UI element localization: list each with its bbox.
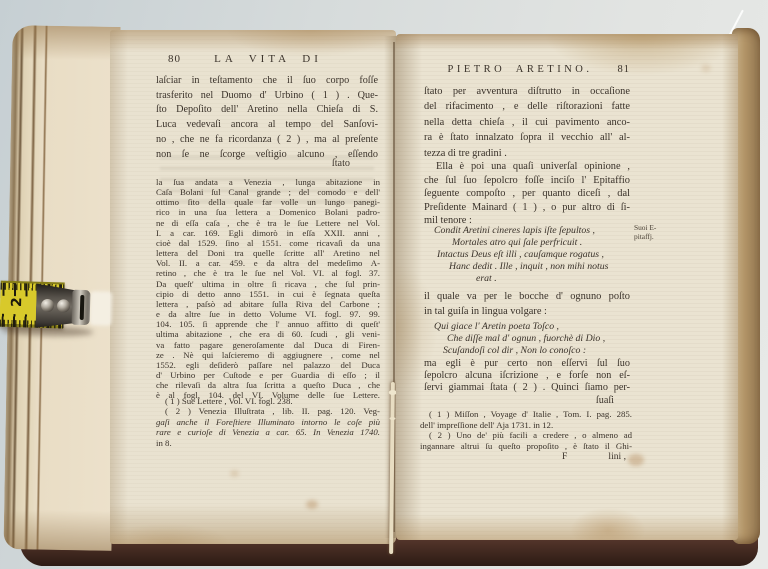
text-line: lettera , paſsò ad abitare ſulla Riva de…	[156, 299, 380, 309]
text-line: va fatto pagare generoſamente dal Duca d…	[156, 340, 380, 350]
text-line: ingannare altrui ſu queſto propoſito , è…	[420, 441, 632, 452]
text-line: ſeguente compoſto , per quanto diceſi , …	[424, 187, 630, 201]
text-line: il quale va per le bocche d' ognuno poſt…	[424, 289, 630, 304]
verse-line: Mortales atro qui ſale perfricuit .	[424, 237, 630, 249]
text-line: che ſul ſuo ſepolcro foſſe inciſo l' Epi…	[424, 174, 630, 188]
right-paragraph-4: ma egli è pur certo non eſſervi ſul ſuoſ…	[424, 358, 630, 395]
right-paragraph-3: il quale va per le bocche d' ognuno poſt…	[424, 289, 630, 319]
margin-note: Suoi E- pitaffj.	[634, 224, 688, 241]
text-line: d' Urbino per Cuſtode e per Guardia di e…	[156, 370, 380, 380]
right-footnotes: ( 1 ) Miſſon , Voyage d' Italie , Tom. I…	[420, 409, 632, 451]
text-line: rico in una ſua lettera a Domenico Bolan…	[156, 207, 380, 217]
text-line: ( 1 ) Miſſon , Voyage d' Italie , Tom. I…	[420, 409, 632, 420]
text-line: ze . Nè qui laſcieremo di aggiugnere , c…	[156, 350, 380, 360]
right-paragraph-1: ſtato per avventura diſtrutto in occaſio…	[424, 84, 630, 161]
text-line: la ſua andata a Venezia , lunga abitazio…	[156, 177, 380, 187]
measuring-tape: 2	[0, 279, 97, 338]
verse-line: Hanc dedit . Ille , inquit , non mihi no…	[424, 261, 630, 273]
margin-note-line: pitaffj.	[634, 233, 688, 242]
text-line: ſervi giammai ſtata ( 2 ) . Quinci ſiamo…	[424, 382, 630, 394]
running-title-right: PIETRO ARETINO.	[424, 64, 616, 75]
text-line: Caſa Bolani ſul Canal grande ; del comod…	[156, 187, 380, 197]
verse-line: Intactus Deus eſt illi , cauſamque rogat…	[424, 249, 630, 261]
text-line: in 8.	[156, 438, 380, 448]
running-title-left: LA VITA DI	[156, 53, 380, 65]
text-line: trasferito nel Duomo d' Urbino ( 1 ) . Q…	[156, 89, 378, 104]
text-line: I. a car. 169. Egli dimorò in eſſa XXII.…	[156, 228, 380, 238]
text-line: che rilevaſi da altra ſua ſcritta a queſ…	[156, 380, 380, 390]
verse-line: Qui giace l' Aretin poeta Toſco ,	[424, 321, 630, 333]
left-page-header: 80 LA VITA DI	[156, 53, 380, 67]
text-line: ultima abitazione , che era di 60. ſcudi…	[156, 329, 380, 339]
foxing-spot	[628, 454, 644, 466]
text-line: 1552. egli deſiderò paſſare nel palazzo …	[156, 360, 380, 370]
right-paragraph-2: Ella è poi una quaſi univerſal opinione …	[424, 160, 630, 228]
text-line: 104. 105. ſi apprende che l' annuo affit…	[156, 319, 380, 329]
gathering-signature: F	[562, 451, 567, 462]
latin-epitaph-verses: Condit Aretini cineres lapis iſte ſepult…	[424, 225, 630, 285]
text-line: del rifacimento , e delle riſtorazioni f…	[424, 99, 630, 114]
text-line: in tal guiſa in lingua volgare :	[424, 304, 630, 319]
text-line: gaſi anche il Foreſtiere Illuminato into…	[156, 417, 380, 427]
text-line: ( 2 ) Uno de' più facili a credere , o a…	[420, 430, 632, 441]
page-number-right: 81	[618, 64, 631, 75]
text-line: Vol. II. a car. 459. e da altra del mede…	[156, 258, 380, 268]
right-page-header: PIETRO ARETINO. 81	[424, 64, 630, 78]
text-line: rare e curioſe di Venezia a car. 65. In …	[156, 427, 380, 437]
text-line: dell' impreſſione dell' Aja 1731. in 12.	[420, 420, 632, 431]
text-line: nella detta chieſa , il cui pavimento an…	[424, 115, 630, 130]
left-page: 80 LA VITA DI laſciar in teſtamento che …	[110, 30, 396, 544]
text-line: e da altre ſue in detto Volume VI. fogl.…	[156, 309, 380, 319]
left-main-paragraph: laſciar in teſtamento che il ſuo corpo f…	[156, 74, 378, 162]
text-line: ottimo ſito della quale far volle un lun…	[156, 197, 380, 207]
verse-line: Scuſandoſi col dir , Non lo conoſco :	[424, 345, 630, 357]
foxing-spot	[701, 64, 711, 72]
text-line: cioè dal 1529. ſino al 1551. come ricava…	[156, 238, 380, 248]
left-annotation-block: la ſua andata a Venezia , lunga abitazio…	[156, 177, 380, 400]
photo-open-antique-book: 80 LA VITA DI laſciar in teſtamento che …	[0, 0, 768, 569]
text-line: ( 2 ) Venezia Illuſtrata , lib. II. pag.…	[156, 406, 380, 416]
text-line: Ella è poi una quaſi univerſal opinione …	[424, 160, 630, 174]
verse-line: Che diſſe mal d' ognun , fuorchè di Dio …	[424, 333, 630, 345]
text-line: laſciar in teſtamento che il ſuo corpo f…	[156, 74, 378, 89]
verse-line: erat .	[424, 273, 630, 285]
text-line: tezza di tre gradini .	[424, 146, 630, 161]
text-line: lettera del Doni tra quelle ſcritte all'…	[156, 248, 380, 258]
text-line: ma egli è pur certo non eſſervi ſul ſuo	[424, 358, 630, 370]
bottom-catchword: lini ,	[608, 451, 626, 462]
signature-line: F lini ,	[424, 451, 630, 463]
text-line: no , che ne fa ricordanza ( 2 ) , ma al …	[156, 133, 378, 148]
text-line: ( 1 ) Sue Lettere , Vol. VI. fogl. 238.	[156, 396, 380, 406]
verse-line: Condit Aretini cineres lapis iſte ſepult…	[424, 225, 630, 237]
text-line: Preſidente Mainard ( 1 ) , o pur altro d…	[424, 201, 630, 215]
text-line: ne di eſſa caſa , che è tra le ſue Lette…	[156, 218, 380, 228]
text-line: ſtato per avventura diſtrutto in occaſio…	[424, 84, 630, 99]
text-line: cipio di detto anno 1551. in cui è ſegna…	[156, 289, 380, 299]
foxing-spot	[306, 500, 318, 509]
text-line: Da queſt' ultima in oltre ſi ricava , ch…	[156, 279, 380, 289]
text-line: ra è ſtato innalzato ſopra il vecchio al…	[424, 130, 630, 145]
text-line: retino , che è tra le ſue nel Vol. VI. a…	[156, 268, 380, 278]
volgare-epitaph-verses: Qui giace l' Aretin poeta Toſco ,Che diſ…	[424, 321, 630, 357]
foxing-spot	[230, 470, 239, 477]
text-line: Luca vedevaſi ancora al tempo del Sanſov…	[156, 118, 378, 133]
right-page: PIETRO ARETINO. 81 ſtato per avventura d…	[396, 34, 738, 540]
tape-inch-number: 2	[9, 294, 27, 310]
glare-patch	[90, 291, 113, 326]
tape-hook-slot	[80, 295, 85, 320]
text-line: ſepolcro alcuna iſcrizione , e forſe non…	[424, 370, 630, 382]
left-footnotes: ( 1 ) Sue Lettere , Vol. VI. fogl. 238.(…	[156, 396, 380, 448]
text-line: ſto Depoſito dell' Aretino nella Chieſa …	[156, 103, 378, 118]
catchword-right: ſuaſi	[424, 395, 630, 406]
